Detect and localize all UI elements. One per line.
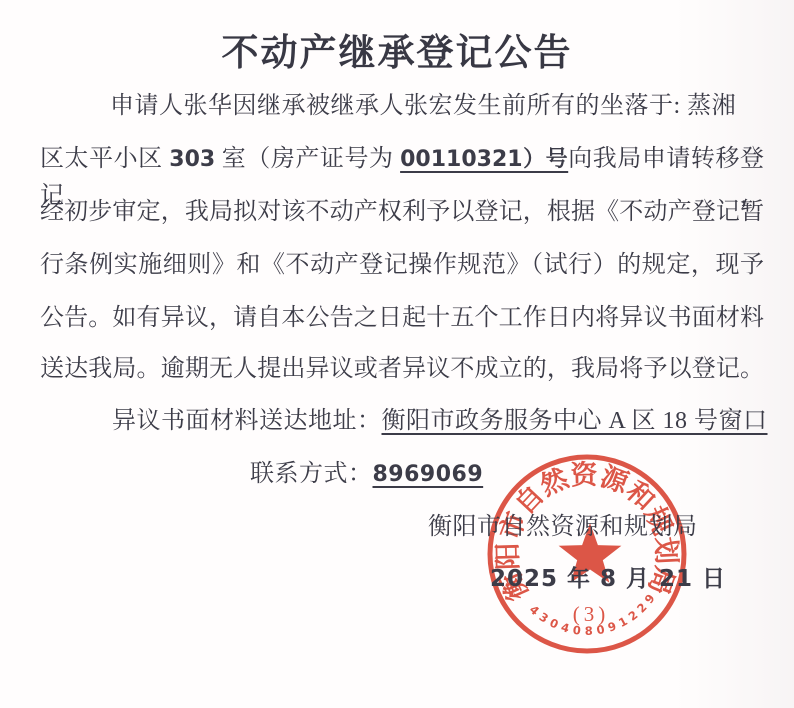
line-text: 室（房产证号为: [215, 146, 400, 172]
line-text: 行条例实施细则》和《不动产登记操作规范》（试行）的规定，现予: [40, 252, 764, 278]
contact-line: 联系方式：8969069: [250, 456, 483, 493]
line-text: 异议书面材料送达地址：: [112, 408, 382, 434]
contact-phone: 8969069: [373, 462, 484, 487]
line-text: 区太平小区: [40, 146, 169, 172]
notice-document: 不动产继承登记公告 申请人张华因继承被继承人张宏发生前所有的坐落于: 蒸湘 区太…: [0, 0, 794, 708]
line-text: 公告。如有异议，请自本公告之日起十五个工作日内将异议书面材料: [40, 305, 764, 331]
line-text: 联系方式：: [250, 461, 373, 487]
notice-line: 行条例实施细则》和《不动产登记操作规范》（试行）的规定，现予: [40, 247, 764, 283]
objection-address: 衡阳市政务服务中心 A 区 18 号窗口: [382, 408, 768, 434]
issue-date-text: 2025 年 8 月 21 日: [490, 566, 726, 592]
notice-line: 送达我局。逾期无人提出异议或者异议不成立的，我局将予以登记。: [40, 351, 764, 387]
issue-date: 2025 年 8 月 21 日: [490, 561, 726, 597]
notice-title: 不动产继承登记公告: [0, 22, 794, 76]
notice-line: 公告。如有异议，请自本公告之日起十五个工作日内将异议书面材料: [40, 300, 764, 336]
notice-line: 经初步审定，我局拟对该不动产权利予以登记，根据《不动产登记暂: [40, 194, 764, 230]
notice-line: 申请人张华因继承被继承人张宏发生前所有的坐落于: 蒸湘: [110, 88, 736, 124]
line-text: 申请人张华因继承被继承人张宏发生前所有的坐落于: 蒸湘: [110, 93, 736, 119]
objection-address-line: 异议书面材料送达地址：衡阳市政务服务中心 A 区 18 号窗口: [112, 403, 768, 439]
room-number: 303: [169, 147, 215, 172]
official-seal: 衡阳市自然资源和规划局 (3) 4304080912297: [478, 445, 698, 665]
line-text: 经初步审定，我局拟对该不动产权利予以登记，根据《不动产登记暂: [40, 199, 764, 225]
certificate-number: 00110321）号: [400, 147, 568, 172]
line-text: 送达我局。逾期无人提出异议或者异议不成立的，我局将予以登记。: [40, 356, 764, 382]
issuer-name: 衡阳市自然资源和规划局: [428, 509, 698, 545]
